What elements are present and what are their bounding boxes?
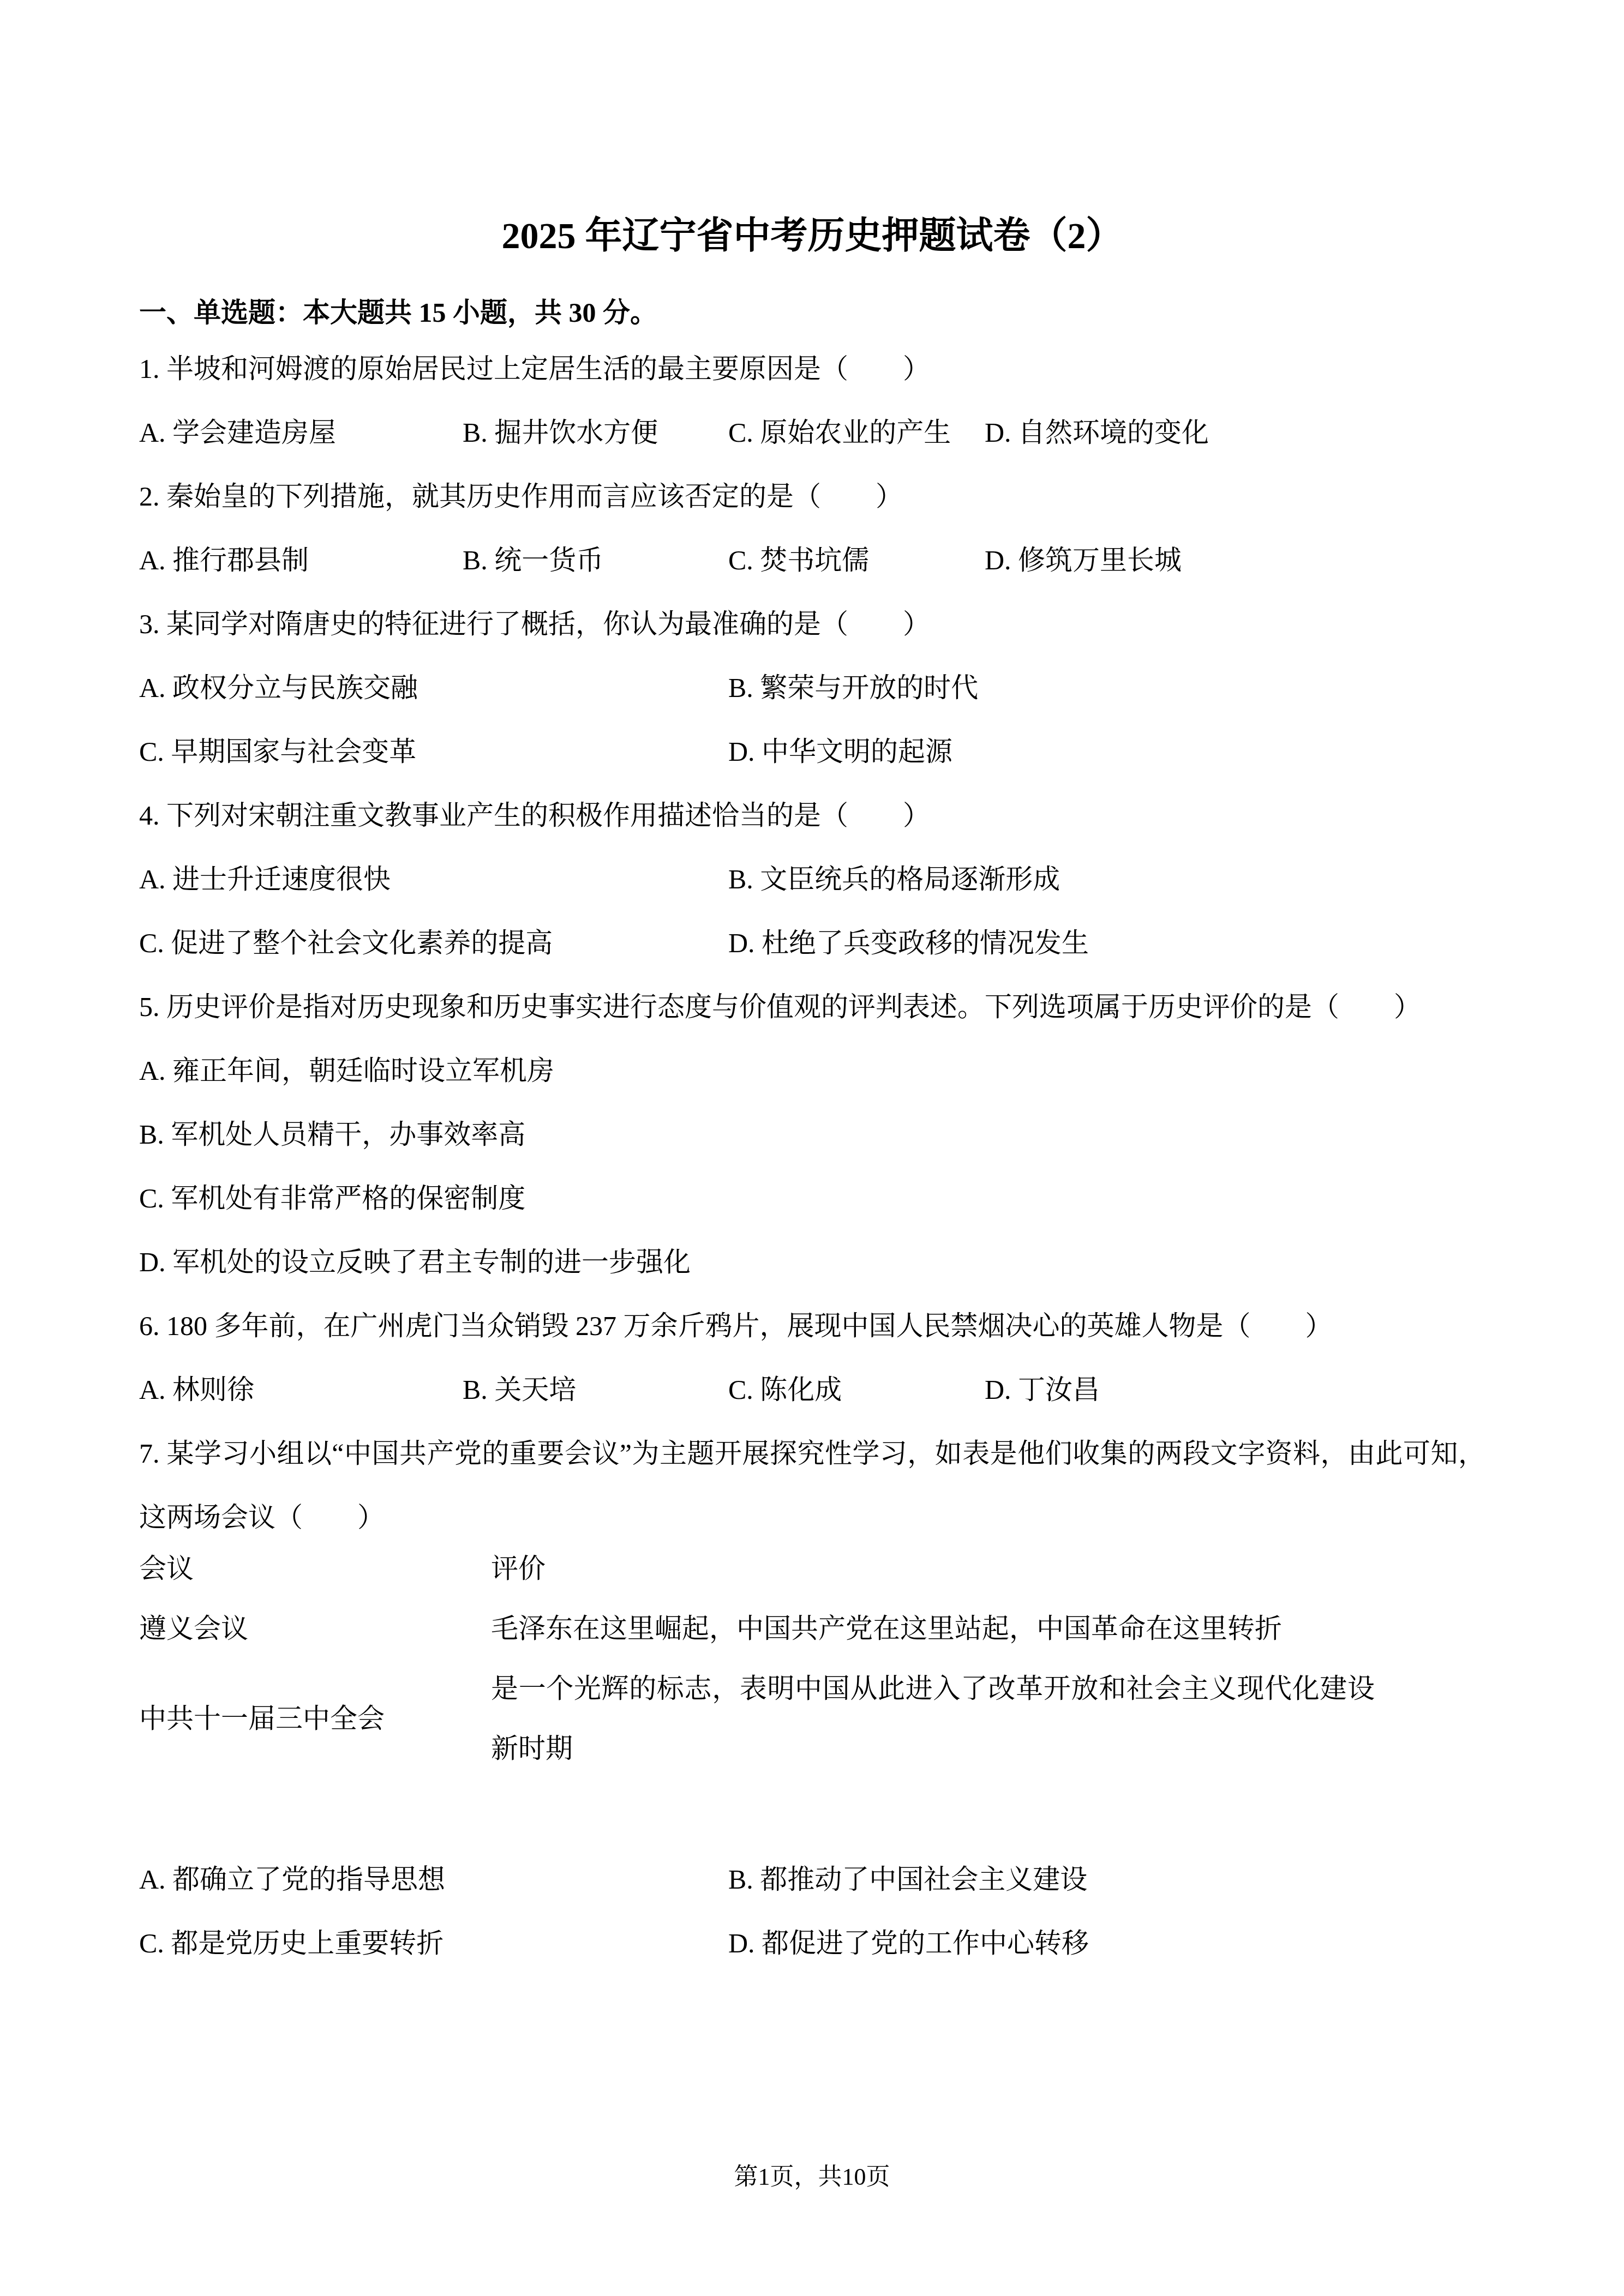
question-6-option-b: B. 关天培: [463, 1358, 576, 1422]
question-6-option-a: A. 林则徐: [139, 1358, 254, 1422]
questions-area: 1. 半坡和河姆渡的原始居民过上定居生活的最主要原因是（ ） A. 学会建造房屋…: [139, 337, 1485, 1975]
table-header-evaluation: 评价: [491, 1538, 1418, 1598]
table-cell-evaluation: 是一个光辉的标志，表明中国从此进入了改革开放和社会主义现代化建设新时期: [491, 1658, 1375, 1778]
question-1: 1. 半坡和河姆渡的原始居民过上定居生活的最主要原因是（ ） A. 学会建造房屋…: [139, 337, 1485, 465]
question-2-stem: 2. 秦始皇的下列措施，就其历史作用而言应该否定的是（ ）: [139, 465, 1485, 528]
page-footer: 第1页，共10页: [0, 2162, 1624, 2192]
question-3: 3. 某同学对隋唐史的特征进行了概括，你认为最准确的是（ ） A. 政权分立与民…: [139, 592, 1485, 784]
question-5-option-b: B. 军机处人员精干，办事效率高: [139, 1103, 1485, 1167]
question-2: 2. 秦始皇的下列措施，就其历史作用而言应该否定的是（ ） A. 推行郡县制 B…: [139, 465, 1485, 592]
table-cell-meeting: 中共十一届三中全会: [139, 1688, 491, 1748]
question-1-option-d: D. 自然环境的变化: [985, 401, 1209, 465]
question-7: 7. 某学习小组以“中国共产党的重要会议”为主题开展探究性学习，如表是他们收集的…: [139, 1422, 1485, 1975]
question-7-options: A. 都确立了党的指导思想 B. 都推动了中国社会主义建设 C. 都是党历史上重…: [139, 1848, 1485, 1975]
question-7-option-d: D. 都促进了党的工作中心转移: [728, 1912, 1089, 1975]
question-4-option-a: A. 进士升迁速度很快: [139, 848, 391, 911]
question-3-option-c: C. 早期国家与社会变革: [139, 720, 416, 784]
question-3-options-row-1: A. 政权分立与民族交融 B. 繁荣与开放的时代: [139, 656, 1485, 720]
question-4-options-row-1: A. 进士升迁速度很快 B. 文臣统兵的格局逐渐形成: [139, 848, 1485, 911]
table-row-zunyi: 遵义会议 毛泽东在这里崛起，中国共产党在这里站起，中国革命在这里转折: [139, 1598, 1485, 1658]
question-4-option-c: C. 促进了整个社会文化素养的提高: [139, 911, 553, 975]
question-2-option-d: D. 修筑万里长城: [985, 528, 1182, 592]
table-cell-evaluation: 毛泽东在这里崛起，中国共产党在这里站起，中国革命在这里转折: [491, 1598, 1418, 1658]
question-4-option-b: B. 文臣统兵的格局逐渐形成: [728, 848, 1060, 911]
question-7-options-row-2: C. 都是党历史上重要转折 D. 都促进了党的工作中心转移: [139, 1912, 1485, 1975]
table-header-row: 会议 评价: [139, 1538, 1485, 1598]
question-2-options: A. 推行郡县制 B. 统一货币 C. 焚书坑儒 D. 修筑万里长城: [139, 528, 1485, 592]
table-cell-meeting: 遵义会议: [139, 1598, 491, 1658]
question-7-table: 会议 评价 遵义会议 毛泽东在这里崛起，中国共产党在这里站起，中国革命在这里转折…: [139, 1538, 1485, 1778]
question-5-option-c: C. 军机处有非常严格的保密制度: [139, 1167, 1485, 1230]
question-3-option-b: B. 繁荣与开放的时代: [728, 656, 978, 720]
question-3-options-row-2: C. 早期国家与社会变革 D. 中华文明的起源: [139, 720, 1485, 784]
question-1-options: A. 学会建造房屋 B. 掘井饮水方便 C. 原始农业的产生 D. 自然环境的变…: [139, 401, 1485, 465]
question-5: 5. 历史评价是指对历史现象和历史事实进行态度与价值观的评判表述。下列选项属于历…: [139, 975, 1485, 1294]
table-header-meeting: 会议: [139, 1538, 491, 1598]
question-2-option-a: A. 推行郡县制: [139, 528, 309, 592]
question-5-option-d: D. 军机处的设立反映了君主专制的进一步强化: [139, 1230, 1485, 1294]
section-header: 一、单选题：本大题共 15 小题，共 30 分。: [139, 297, 1485, 328]
question-6-stem: 6. 180 多年前，在广州虎门当众销毁 237 万余斤鸦片，展现中国人民禁烟决…: [139, 1294, 1485, 1358]
question-4-option-d: D. 杜绝了兵变政移的情况发生: [728, 911, 1089, 975]
question-1-stem: 1. 半坡和河姆渡的原始居民过上定居生活的最主要原因是（ ）: [139, 337, 1485, 401]
question-6: 6. 180 多年前，在广州虎门当众销毁 237 万余斤鸦片，展现中国人民禁烟决…: [139, 1294, 1485, 1422]
question-3-option-a: A. 政权分立与民族交融: [139, 656, 418, 720]
question-5-stem: 5. 历史评价是指对历史现象和历史事实进行态度与价值观的评判表述。下列选项属于历…: [139, 975, 1485, 1039]
question-7-options-row-1: A. 都确立了党的指导思想 B. 都推动了中国社会主义建设: [139, 1848, 1485, 1912]
question-3-stem: 3. 某同学对隋唐史的特征进行了概括，你认为最准确的是（ ）: [139, 592, 1485, 656]
question-2-option-c: C. 焚书坑儒: [728, 528, 869, 592]
question-6-option-d: D. 丁汝昌: [985, 1358, 1100, 1422]
page-content: 2025 年辽宁省中考历史押题试卷（2） 一、单选题：本大题共 15 小题，共 …: [139, 0, 1485, 1975]
exam-paper-page: { "colors": { "text": "#000000", "backgr…: [0, 0, 1624, 2296]
question-1-option-b: B. 掘井饮水方便: [463, 401, 658, 465]
question-7-option-c: C. 都是党历史上重要转折: [139, 1912, 444, 1975]
question-2-option-b: B. 统一货币: [463, 528, 603, 592]
question-1-option-c: C. 原始农业的产生: [728, 401, 951, 465]
question-7-stem: 7. 某学习小组以“中国共产党的重要会议”为主题开展探究性学习，如表是他们收集的…: [139, 1422, 1485, 1549]
question-4: 4. 下列对宋朝注重文教事业产生的积极作用描述恰当的是（ ） A. 进士升迁速度…: [139, 784, 1485, 975]
question-7-option-b: B. 都推动了中国社会主义建设: [728, 1848, 1087, 1912]
table-row-third-plenum: 中共十一届三中全会 是一个光辉的标志，表明中国从此进入了改革开放和社会主义现代化…: [139, 1658, 1485, 1778]
question-6-option-c: C. 陈化成: [728, 1358, 842, 1422]
question-6-options: A. 林则徐 B. 关天培 C. 陈化成 D. 丁汝昌: [139, 1358, 1485, 1422]
exam-title: 2025 年辽宁省中考历史押题试卷（2）: [139, 214, 1485, 257]
question-1-option-a: A. 学会建造房屋: [139, 401, 336, 465]
question-3-option-d: D. 中华文明的起源: [728, 720, 952, 784]
question-4-stem: 4. 下列对宋朝注重文教事业产生的积极作用描述恰当的是（ ）: [139, 784, 1485, 848]
question-5-option-a: A. 雍正年间，朝廷临时设立军机房: [139, 1039, 1485, 1103]
question-7-option-a: A. 都确立了党的指导思想: [139, 1848, 445, 1912]
question-4-options-row-2: C. 促进了整个社会文化素养的提高 D. 杜绝了兵变政移的情况发生: [139, 911, 1485, 975]
